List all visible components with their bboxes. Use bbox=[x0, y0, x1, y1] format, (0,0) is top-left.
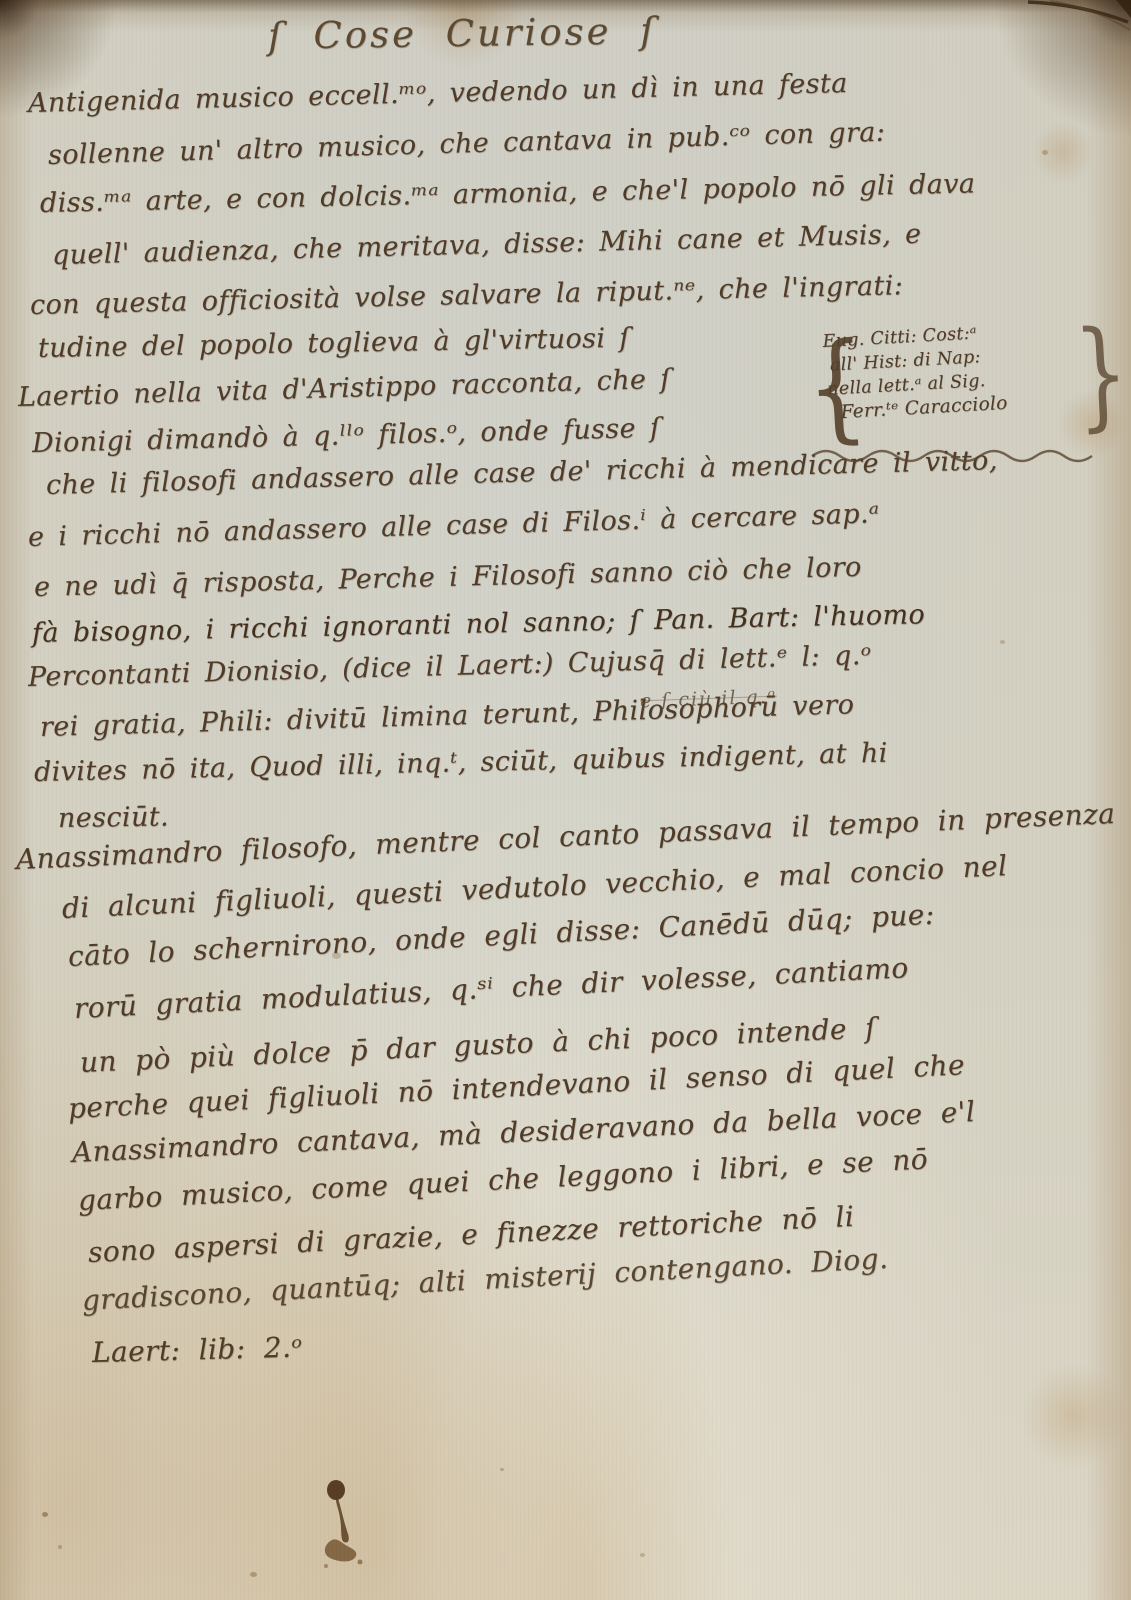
manuscript-line: Laertio nella vita d'Aristippo racconta,… bbox=[18, 364, 672, 413]
foxing-speck bbox=[42, 1512, 48, 1517]
manuscript-line: diss.ᵐᵃ arte, e con dolcis.ᵐᵃ armonia, e… bbox=[40, 168, 976, 219]
foxing-speck bbox=[1000, 640, 1005, 644]
foxing-speck bbox=[332, 952, 341, 959]
foxing-speck bbox=[58, 1545, 62, 1549]
manuscript-line: e ne udì q̄ risposta, Perche i Filosofi … bbox=[34, 552, 862, 603]
foxing-speck bbox=[250, 1572, 257, 1577]
manuscript-line: con questa officiosità volse salvare la … bbox=[30, 270, 904, 321]
foxing-speck bbox=[640, 1553, 645, 1557]
ink-blot bbox=[318, 1478, 378, 1578]
manuscript-line: Percontanti Dionisio, (dice il Laert:) C… bbox=[28, 640, 872, 693]
manuscript-line: Dionigi dimandò à q.ˡˡᵒ filos.ᵒ, onde fu… bbox=[32, 413, 661, 459]
foxing-speck bbox=[1042, 150, 1048, 155]
manuscript-line: tudine del popolo toglieva à gl'virtuosi… bbox=[38, 323, 630, 364]
manuscript-line: sollenne un' altro musico, che cantava i… bbox=[48, 117, 886, 171]
manuscript-line: quell' audienza, che meritava, disse: Mi… bbox=[52, 219, 922, 271]
page-title: ſ Cose Curiose ſ bbox=[268, 9, 658, 57]
manuscript-line: Antigenida musico eccell.ᵐᵒ, vedendo un … bbox=[28, 68, 848, 119]
manuscript-page: ſ Cose Curiose ſ Antigenida musico eccel… bbox=[0, 0, 1131, 1600]
margin-note-open-brace: { bbox=[803, 316, 871, 457]
manuscript-line: nesciūt. bbox=[58, 801, 169, 834]
margin-note-close-flourish: } bbox=[1071, 303, 1131, 444]
foxing-speck bbox=[500, 1468, 504, 1471]
page-curl-line bbox=[1020, 0, 1131, 40]
manuscript-line: divites nō ita, Quod illi, inq.ᵗ, sciūt,… bbox=[34, 738, 888, 788]
margin-note: { Eug. Citti: Cost:ᵃ all' Hist: di Nap: … bbox=[822, 313, 1127, 426]
manuscript-line: e i ricchi nō andassero alle case di Fil… bbox=[28, 498, 880, 553]
manuscript-line: Laert: lib: 2.ᵒ bbox=[92, 1330, 303, 1368]
